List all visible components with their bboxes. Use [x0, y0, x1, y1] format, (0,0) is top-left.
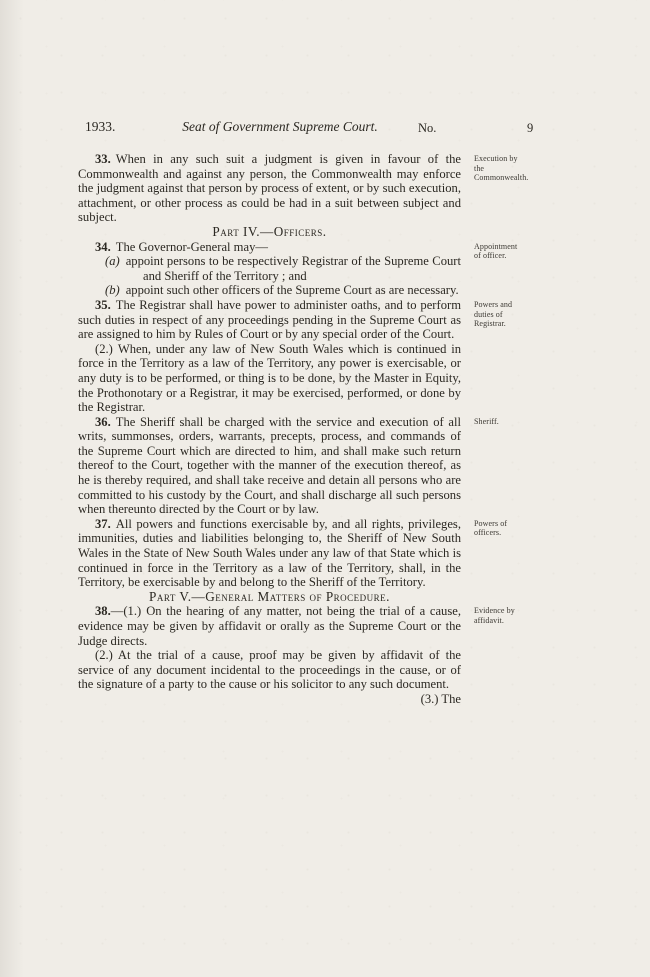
header-year: 1933. [85, 119, 115, 135]
section-36-paragraph: 36.The Sheriff shall be charged with the… [78, 415, 461, 517]
section-number: 36. [95, 415, 111, 429]
section-number: 35. [95, 298, 111, 312]
section-38-subsection-2: (2.)At the trial of a cause, proof may b… [78, 648, 461, 692]
section-text: At the trial of a cause, proof may be gi… [78, 648, 461, 691]
section-number: 37. [95, 517, 111, 531]
margin-note: Sheriff. [474, 417, 582, 427]
section-35-subsection-2: (2.)When, under any law of New South Wal… [78, 342, 461, 415]
section-number: 33. [95, 152, 111, 166]
section-33-paragraph: 33.When in any such suit a judgment is g… [78, 152, 461, 225]
section-text: The Sheriff shall be charged with the se… [78, 415, 461, 517]
section-text: appoint such other officers of the Supre… [126, 283, 459, 297]
part-v-heading: Part V.—General Matters of Procedure. [78, 590, 461, 605]
section-text: When, under any law of New South Wales w… [78, 342, 461, 414]
header-number-label: No. [418, 121, 436, 136]
section-text: The Governor-General may— [116, 240, 268, 254]
section-35-paragraph: 35.The Registrar shall have power to adm… [78, 298, 461, 342]
act-body: 33.When in any such suit a judgment is g… [78, 152, 461, 707]
header-page-number: 9 [527, 121, 533, 136]
subitem-marker: (b) [105, 283, 120, 297]
margin-note: Appointment of officer. [474, 242, 582, 261]
catchword: (3.) The [78, 692, 461, 707]
section-text: The Registrar shall have power to admini… [78, 298, 461, 341]
margin-note: Execution by the Commonwealth. [474, 154, 582, 183]
section-34-intro: 34.The Governor-General may— Appointment… [78, 240, 461, 255]
section-34-item-a: (a)appoint persons to be respectively Re… [78, 254, 461, 283]
section-number: 38. [95, 604, 111, 618]
section-number: 34. [95, 240, 111, 254]
margin-note: Powers and duties of Registrar. [474, 300, 582, 329]
section-text: appoint persons to be respectively Regis… [126, 254, 461, 283]
margin-note: Evidence by affidavit. [474, 606, 582, 625]
subsection-number: (2.) [95, 342, 113, 356]
subsection-number: —(1.) [111, 604, 141, 618]
document-page: 1933. Seat of Government Supreme Court. … [0, 0, 650, 977]
section-34-item-b: (b)appoint such other officers of the Su… [78, 283, 461, 298]
subitem-marker: (a) [105, 254, 120, 268]
part-iv-heading: Part IV.—Officers. [78, 225, 461, 240]
section-38-subsection-1: 38.—(1.)On the hearing of any matter, no… [78, 604, 461, 648]
margin-note: Powers of officers. [474, 519, 582, 538]
header-running-title: Seat of Government Supreme Court. [140, 119, 420, 135]
section-text: When in any such suit a judgment is give… [78, 152, 461, 224]
subsection-number: (2.) [95, 648, 113, 662]
section-text: All powers and functions exercisable by,… [78, 517, 461, 589]
section-37-paragraph: 37.All powers and functions exercisable … [78, 517, 461, 590]
